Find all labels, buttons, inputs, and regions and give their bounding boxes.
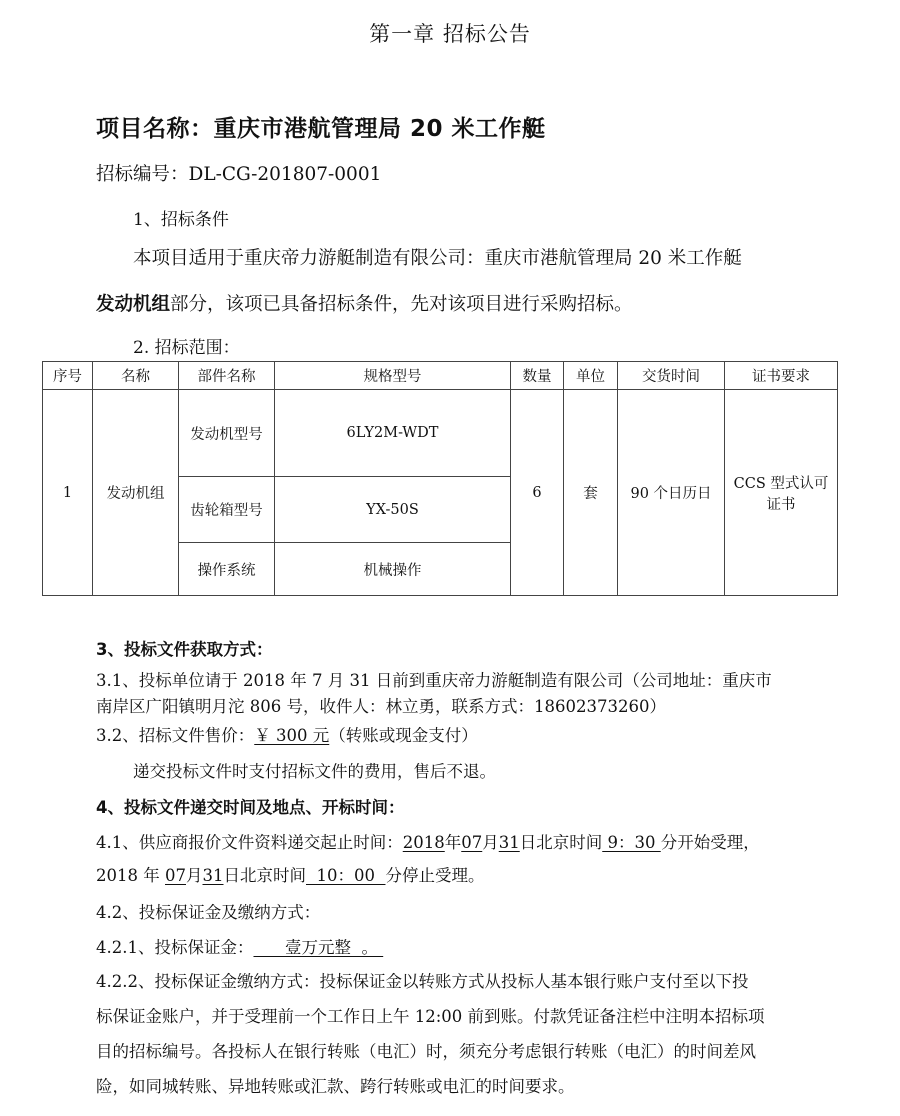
bid-number-label: 招标编号： xyxy=(96,164,189,185)
cell-part: 发动机型号 xyxy=(179,390,275,477)
cell-name: 发动机组 xyxy=(93,390,179,596)
th-certificate: 证书要求 xyxy=(725,362,838,390)
bid-number: 招标编号：DL-CG-201807-0001 xyxy=(96,160,381,186)
text-month: 月 xyxy=(186,866,203,885)
end-time: 10：00 xyxy=(306,866,385,885)
item42-heading: 4.2、投标保证金及缴纳方式： xyxy=(96,899,320,923)
text-day-beijing: 日北京时间 xyxy=(520,833,603,852)
th-index: 序号 xyxy=(43,362,93,390)
cell-delivery: 90 个日历日 xyxy=(618,390,725,596)
project-name-label: 项目名称： xyxy=(96,116,214,142)
item41-line2: 2018 年 07月31日北京时间 10：00 分停止受理。 xyxy=(96,862,484,886)
item422-line2: 标保证金账户，并于受理前一个工作日上午 12:00 前到账。付款凭证备注栏中注明… xyxy=(96,1003,765,1027)
start-time: 9：30 xyxy=(602,833,660,852)
project-name-value: 重庆市港航管理局 20 米工作艇 xyxy=(214,116,546,142)
text-day-beijing: 日北京时间 xyxy=(224,866,307,885)
item41-prefix: 4.1、供应商报价文件资料递交起止时间： xyxy=(96,833,403,852)
section2-heading: 2. 招标范围： xyxy=(133,333,240,358)
certificate-line2: 证书 xyxy=(725,493,837,514)
table-header-row: 序号 名称 部件名称 规格型号 数量 单位 交货时间 证书要求 xyxy=(43,362,838,390)
section4-heading: 4、投标文件递交时间及地点、开标时间： xyxy=(96,794,404,818)
bid-number-value: DL-CG-201807-0001 xyxy=(189,164,382,185)
item422-line4: 险，如同城转账、异地转账或汇款、跨行转账或电汇的时间要求。 xyxy=(96,1073,575,1097)
item32-prefix: 3.2、招标文件售价： xyxy=(96,726,254,745)
item31-line2: 南岸区广阳镇明月沱 806 号，收件人：林立勇，联系方式：18602373260… xyxy=(96,693,666,717)
end-day: 31 xyxy=(203,866,224,885)
certificate-line1: CCS 型式认可 xyxy=(725,472,837,493)
start-day: 31 xyxy=(499,833,520,852)
item422-line3: 目的招标编号。各投标人在银行转账（电汇）时，须充分考虑银行转账（电汇）的时间差风 xyxy=(96,1038,756,1062)
text-month: 月 xyxy=(482,833,499,852)
section1-heading: 1、招标条件 xyxy=(133,205,229,230)
end-month: 07 xyxy=(165,866,186,885)
cell-unit: 套 xyxy=(564,390,618,596)
cell-spec: 机械操作 xyxy=(275,543,511,596)
item421: 4.2.1、投标保证金： 壹万元整 。 xyxy=(96,934,383,958)
th-spec: 规格型号 xyxy=(275,362,511,390)
item32: 3.2、招标文件售价：￥ 300 元（转账或现金支付） xyxy=(96,722,478,746)
item422-line1: 4.2.2、投标保证金缴纳方式：投标保证金以转账方式从投标人基本银行账户支付至以… xyxy=(96,968,748,992)
price-value: ￥ 300 元 xyxy=(254,726,329,745)
item31-line1: 3.1、投标单位请于 2018 年 7 月 31 日前到重庆帝力游艇制造有限公司… xyxy=(96,667,772,691)
chapter-title: 第一章 招标公告 xyxy=(0,18,900,48)
item32-suffix: （转账或现金支付） xyxy=(329,726,478,745)
text-stop: 分停止受理。 xyxy=(385,866,484,885)
text-year: 年 xyxy=(445,833,462,852)
item41-line1: 4.1、供应商报价文件资料递交起止时间：2018年07月31日北京时间 9：30… xyxy=(96,829,760,853)
section3-heading: 3、投标文件获取方式： xyxy=(96,636,272,660)
text-year: 年 xyxy=(138,866,165,885)
th-name: 名称 xyxy=(93,362,179,390)
text-start: 分开始受理， xyxy=(661,833,760,852)
cell-spec: YX-50S xyxy=(275,477,511,543)
section1-line2-rest: 部分，该项已具备招标条件，先对该项目进行采购招标。 xyxy=(170,294,633,315)
th-quantity: 数量 xyxy=(511,362,564,390)
table-row: 1 发动机组 发动机型号 6LY2M-WDT 6 套 90 个日历日 CCS 型… xyxy=(43,390,838,477)
section1-line1: 本项目适用于重庆帝力游艇制造有限公司：重庆市港航管理局 20 米工作艇 xyxy=(133,244,742,270)
fee-note: 递交投标文件时支付招标文件的费用，售后不退。 xyxy=(133,758,496,782)
end-year: 2018 xyxy=(96,866,138,885)
cell-certificate: CCS 型式认可 证书 xyxy=(725,390,838,596)
cell-part: 操作系统 xyxy=(179,543,275,596)
section1-line2: 发动机组部分，该项已具备招标条件，先对该项目进行采购招标。 xyxy=(96,290,633,316)
project-title: 项目名称：重庆市港航管理局 20 米工作艇 xyxy=(96,110,546,143)
deposit-label: 4.2.1、投标保证金： xyxy=(96,938,253,957)
th-part: 部件名称 xyxy=(179,362,275,390)
section1-bold-term: 发动机组 xyxy=(96,294,170,315)
th-delivery: 交货时间 xyxy=(618,362,725,390)
cell-index: 1 xyxy=(43,390,93,596)
th-unit: 单位 xyxy=(564,362,618,390)
cell-spec: 6LY2M-WDT xyxy=(275,390,511,477)
bid-scope-table: 序号 名称 部件名称 规格型号 数量 单位 交货时间 证书要求 1 发动机组 发… xyxy=(42,361,838,596)
cell-quantity: 6 xyxy=(511,390,564,596)
start-year: 2018 xyxy=(403,833,445,852)
deposit-value: 壹万元整 。 xyxy=(253,938,383,957)
start-month: 07 xyxy=(461,833,482,852)
cell-part: 齿轮箱型号 xyxy=(179,477,275,543)
